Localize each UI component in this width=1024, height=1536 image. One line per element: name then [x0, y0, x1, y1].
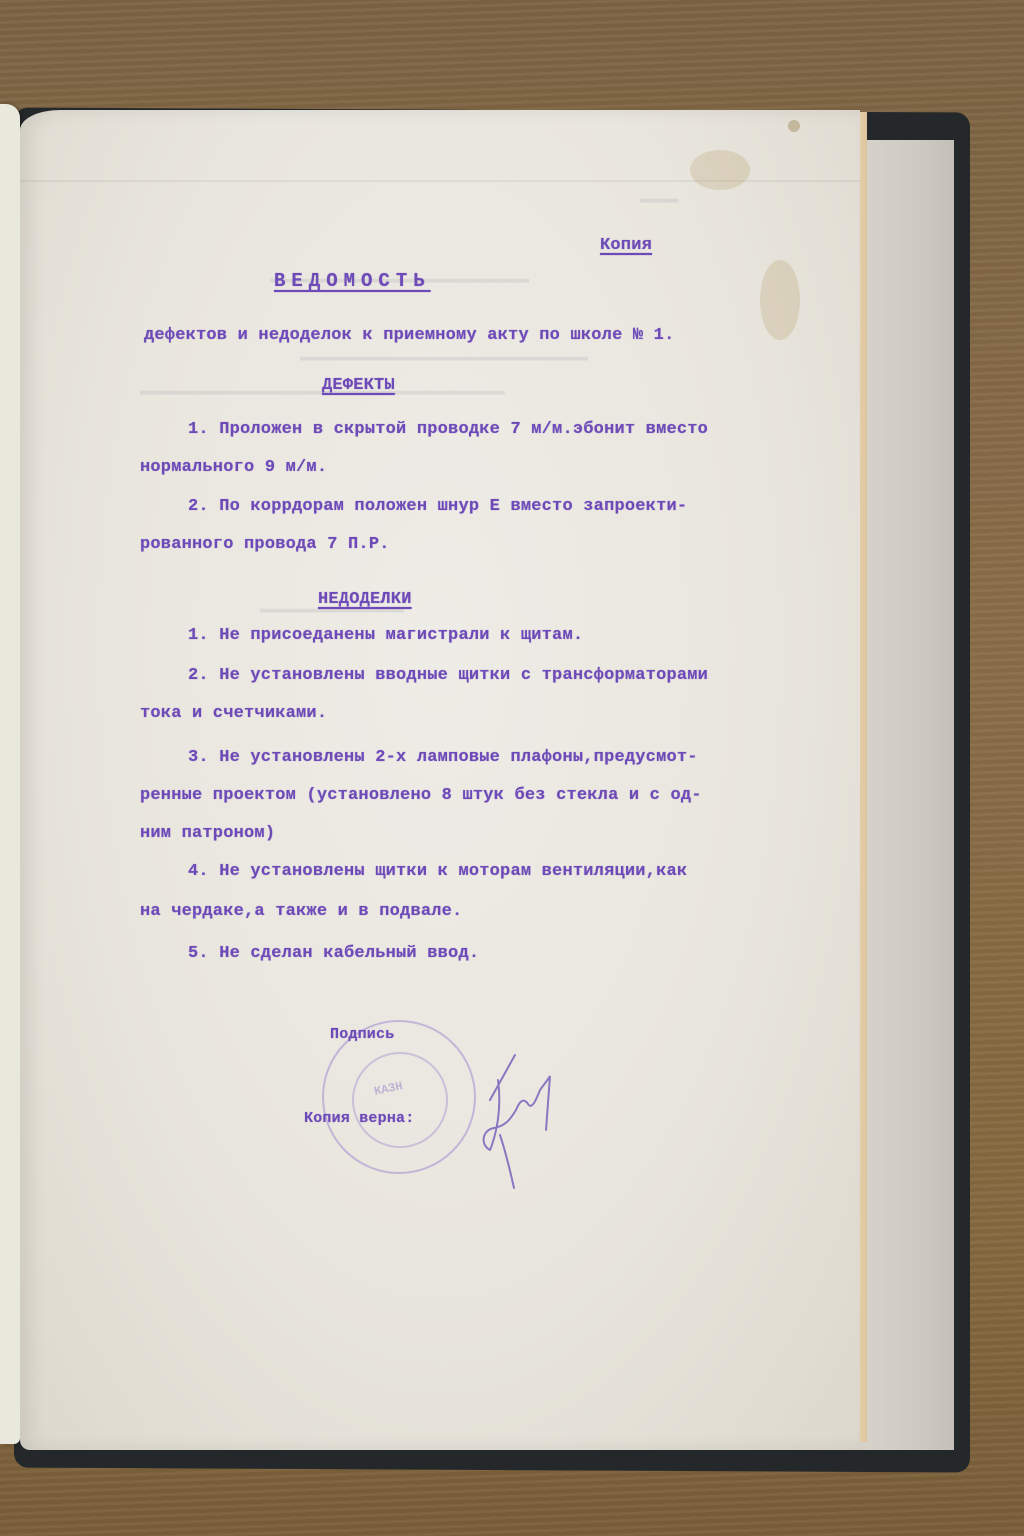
defect-item-2-line1: 2. По коррдорам положен шнур Е вместо за… — [188, 497, 687, 516]
paper-stain — [760, 260, 800, 340]
copy-label: Копия — [600, 236, 652, 255]
official-stamp-inner-ring — [352, 1052, 448, 1148]
left-page-edge — [0, 104, 20, 1444]
unfinished-item-2-line1: 2. Не установлены вводные щитки с трансф… — [188, 666, 708, 685]
bleed-through-text: ▬▬▬▬▬▬▬▬▬▬▬▬▬▬▬▬▬▬▬▬▬▬▬▬▬▬▬▬▬▬ — [300, 348, 588, 366]
handwritten-signature — [450, 1040, 560, 1190]
document-page — [20, 110, 860, 1450]
punch-hole — [788, 120, 800, 132]
signature-label: Подпись — [330, 1026, 394, 1043]
unfinished-item-3-line1: 3. Не установлены 2-х ламповые плафоны,п… — [188, 748, 698, 767]
unfinished-item-3-line2: ренные проектом (установлено 8 штук без … — [140, 786, 702, 805]
section-heading-defects: ДЕФЕКТЫ — [322, 376, 395, 395]
bleed-through-text: ▬▬▬▬ — [640, 190, 678, 208]
unfinished-item-5: 5. Не сделан кабельный ввод. — [188, 944, 479, 963]
defect-item-1-line2: нормального 9 м/м. — [140, 458, 327, 477]
unfinished-item-1: 1. Не присоеданены магистрали к щитам. — [188, 626, 583, 645]
defect-item-2-line2: рованного провода 7 П.Р. — [140, 535, 390, 554]
paper-stain — [690, 150, 750, 190]
section-heading-unfinished: НЕДОДЕЛКИ — [318, 590, 412, 609]
document-title: ВЕДОМОСТЬ — [274, 270, 431, 292]
certified-copy-label: Копия верна: — [304, 1110, 414, 1127]
unfinished-item-4-line2: на чердаке,а также и в подвале. — [140, 902, 462, 921]
unfinished-item-4-line1: 4. Не установлены щитки к моторам вентил… — [188, 862, 687, 881]
document-subtitle: дефектов и недоделок к приемному акту по… — [144, 326, 675, 345]
unfinished-item-2-line2: тока и счетчиками. — [140, 704, 327, 723]
defect-item-1-line1: 1. Проложен в скрытой проводке 7 м/м.эбо… — [188, 420, 708, 439]
unfinished-item-3-line3: ним патроном) — [140, 824, 275, 843]
